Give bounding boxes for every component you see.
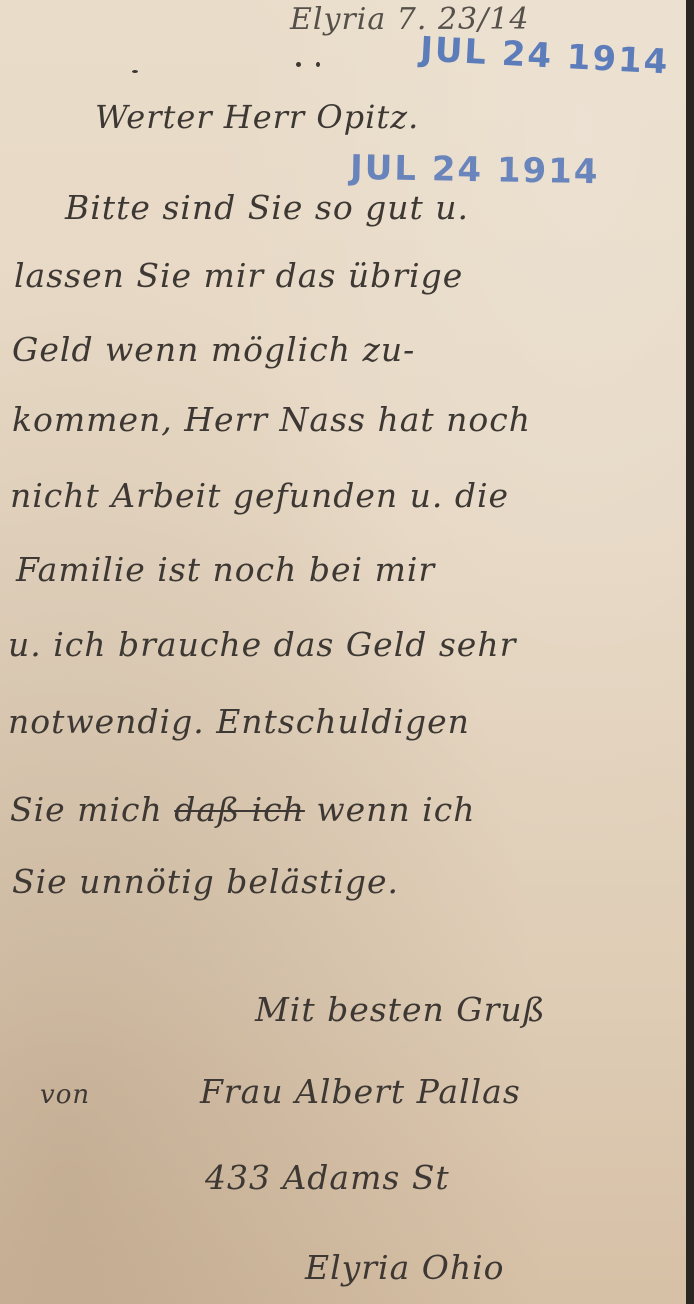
- struck-out-text: daß ich: [174, 790, 305, 829]
- body-line-6: Familie ist noch bei mir: [16, 550, 435, 589]
- ink-mark: [132, 70, 138, 73]
- address-city: Elyria Ohio: [305, 1248, 505, 1287]
- received-date-stamp-duplicate: JUL 24 1914: [350, 148, 600, 192]
- letter-place-date: Elyria 7. 23/14: [290, 2, 529, 37]
- body-line-9-before: Sie mich: [10, 790, 163, 829]
- body-line-10: Sie unnötig belästige.: [12, 862, 399, 901]
- body-line-5: nicht Arbeit gefunden u. die: [10, 476, 509, 515]
- body-line-7: u. ich brauche das Geld sehr: [8, 625, 516, 664]
- ink-dot: [296, 62, 301, 67]
- ink-dot: [316, 62, 320, 67]
- letter-paper: Elyria 7. 23/14 JUL 24 1914 Werter Herr …: [0, 0, 686, 1304]
- received-date-stamp: JUL 24 1914: [419, 29, 670, 82]
- body-line-3: Geld wenn möglich zu-: [12, 330, 415, 369]
- closing-from-prefix: von: [40, 1080, 90, 1110]
- signature: Frau Albert Pallas: [200, 1072, 521, 1111]
- closing-greeting: Mit besten Gruß: [255, 990, 546, 1029]
- letter-salutation: Werter Herr Opitz.: [95, 98, 419, 136]
- body-line-2: lassen Sie mir das übrige: [14, 256, 463, 295]
- body-line-9: Sie mich daß ich wenn ich: [10, 790, 475, 829]
- body-line-9-after: wenn ich: [316, 790, 475, 829]
- body-line-8: notwendig. Entschuldigen: [8, 702, 470, 741]
- address-street: 433 Adams St: [205, 1158, 450, 1197]
- body-line-4: kommen, Herr Nass hat noch: [12, 400, 531, 439]
- body-line-1: Bitte sind Sie so gut u.: [65, 188, 469, 227]
